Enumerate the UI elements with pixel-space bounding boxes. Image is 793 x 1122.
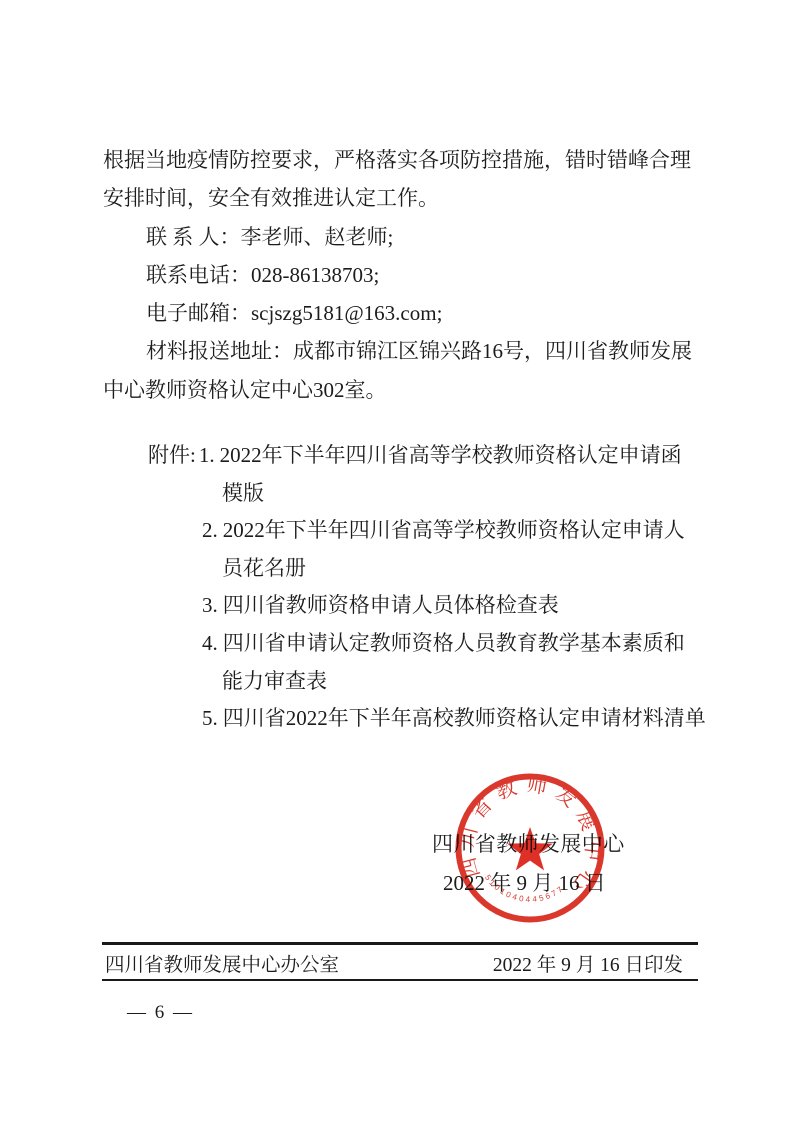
attachment-item-title: 四川省教师资格申请人员体格检查表 [223,593,559,617]
colophon-row: 四川省教师发展中心办公室 2022 年 9 月 16 日印发 [102,954,698,977]
attachment-item: 3.四川省教师资格申请人员体格检查表 [148,587,728,625]
paragraph-line: 安排时间，安全有效推进认定工作。 [103,179,703,217]
paragraph-line: 根据当地疫情防控要求，严格落实各项防控措施，错时错峰合理 [103,141,703,179]
contact-person-line: 联 系 人：李老师、赵老师; [103,218,703,256]
contact-email-line: 电子邮箱：scjszg5181@163.com; [103,294,703,332]
seal-code-text: 5101040445677 [481,873,567,908]
address-line: 中心教师资格认定中心302室。 [103,371,703,409]
attachment-item-number: 3. [202,593,218,617]
attachment-item-title: 2022年下半年四川省高等学校教师资格认定申请人 [223,518,685,542]
attachment-item: 2.2022年下半年四川省高等学校教师资格认定申请人 [148,512,728,550]
attachment-item-title: 四川省申请认定教师资格人员教育教学基本素质和 [223,631,685,655]
colophon-print-date: 2022 年 9 月 16 日印发 [493,954,698,977]
attachment-item-number: 2. [202,518,218,542]
document-page: 根据当地疫情防控要求，严格落实各项防控措施，错时错峰合理 安排时间，安全有效推进… [0,0,793,1122]
attachment-item-title: 2022年下半年四川省高等学校教师资格认定申请函 [220,443,682,467]
address-line: 材料报送地址：成都市锦江区锦兴路16号，四川省教师发展 [103,332,703,370]
colophon-top-rule [102,942,698,945]
page-number: — 6 — [127,1002,194,1024]
attachment-item-title: 四川省2022年下半年高校教师资格认定申请材料清单 [223,706,706,730]
body-text-block: 根据当地疫情防控要求，严格落实各项防控措施，错时错峰合理 安排时间，安全有效推进… [103,141,703,409]
attachment-item: 5.四川省2022年下半年高校教师资格认定申请材料清单 [148,700,728,738]
colophon-bottom-rule [102,979,698,981]
attachment-item-continuation: 能力审查表 [148,663,728,701]
attachment-item-number: 4. [202,631,218,655]
official-seal: 四川省教师发展中心 5101040445677 [455,773,605,923]
attachment-item: 4.四川省申请认定教师资格人员教育教学基本素质和 [148,625,728,663]
attachment-item-continuation: 员花名册 [148,550,728,588]
seal-star-icon [507,827,553,870]
contact-phone-line: 联系电话：028-86138703; [103,256,703,294]
attachment-item: 附件:1.2022年下半年四川省高等学校教师资格认定申请函 [148,437,728,475]
attachment-item-number: 5. [202,706,218,730]
colophon-issuer: 四川省教师发展中心办公室 [102,954,339,977]
attachment-item-continuation: 模版 [148,475,728,513]
attachments-block: 附件:1.2022年下半年四川省高等学校教师资格认定申请函 模版 2.2022年… [148,437,728,738]
attachments-label: 附件: [148,443,196,467]
attachment-item-number: 1. [199,443,215,467]
